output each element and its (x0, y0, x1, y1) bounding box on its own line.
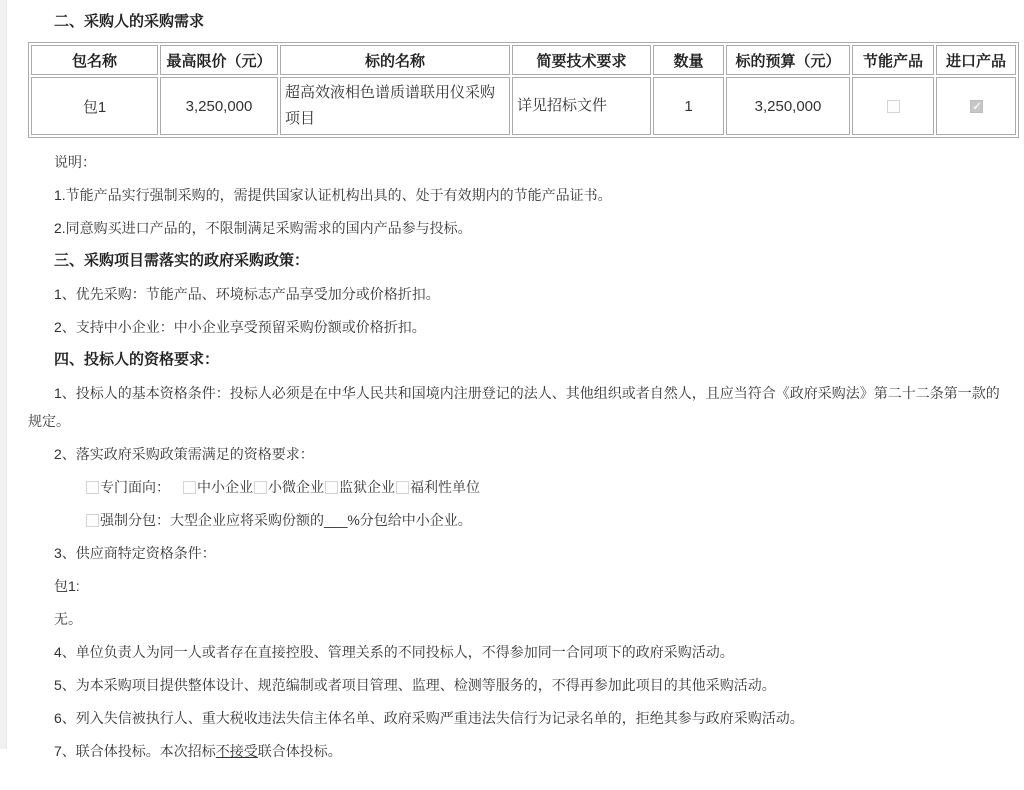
section3-item-1: 1、优先采购：节能产品、环境标志产品享受加分或价格折扣。 (28, 280, 1010, 308)
note-item-2: 2.同意购买进口产品的，不限制满足采购需求的国内产品参与投标。 (28, 214, 1010, 242)
section4-heading: 四、投标人的资格要求： (28, 346, 1010, 374)
table-row: 包1 3,250,000 超高效液相色谱质谱联用仪采购项目 详见招标文件 1 3… (31, 77, 1016, 135)
item7-text-before: 7、联合体投标。本次招标 (54, 743, 216, 759)
option-welfare-checkbox[interactable] (396, 481, 409, 494)
cell-package-name: 包1 (31, 77, 158, 135)
energy-saving-checkbox[interactable] (887, 100, 900, 113)
section4-item-2: 2、落实政府采购政策需满足的资格要求： (28, 440, 1010, 468)
option-prison-label: 监狱企业 (339, 479, 395, 495)
col-header-tech-requirement: 简要技术要求 (512, 45, 651, 75)
procurement-requirement-table: 包名称 最高限价（元） 标的名称 简要技术要求 数量 标的预算（元） 节能产品 … (28, 42, 1019, 138)
item7-text-after: 联合体投标。 (258, 743, 342, 759)
col-header-subject-name: 标的名称 (280, 45, 510, 75)
col-header-max-price: 最高限价（元） (160, 45, 278, 75)
cell-tech-requirement: 详见招标文件 (512, 77, 651, 135)
package-value: 无。 (28, 605, 1010, 633)
cell-subject-name: 超高效液相色谱质谱联用仪采购项目 (280, 77, 510, 135)
dedicated-procurement-line: 专门面向：中小企业小微企业监狱企业福利性单位 (28, 473, 1010, 501)
imported-product-checkbox[interactable] (970, 100, 983, 113)
notes-label: 说明： (28, 148, 1010, 176)
package-label: 包1: (28, 572, 1010, 600)
option-sme-label: 中小企业 (197, 479, 253, 495)
option-prison-checkbox[interactable] (325, 481, 338, 494)
col-header-energy-saving: 节能产品 (852, 45, 934, 75)
table-header-row: 包名称 最高限价（元） 标的名称 简要技术要求 数量 标的预算（元） 节能产品 … (31, 45, 1016, 75)
section2-heading: 二、采购人的采购需求 (28, 8, 1010, 36)
section4-item-5: 5、为本采购项目提供整体设计、规范编制或者项目管理、监理、检测等服务的，不得再参… (28, 671, 1010, 699)
dedicated-checkbox[interactable] (86, 481, 99, 494)
section3-heading: 三、采购项目需落实的政府采购政策： (28, 247, 1010, 275)
dedicated-label: 专门面向： (100, 479, 170, 495)
col-header-budget: 标的预算（元） (726, 45, 850, 75)
item7-underlined-text: 不接受 (216, 743, 258, 759)
section4-item-3: 3、供应商特定资格条件： (28, 539, 1010, 567)
cell-quantity: 1 (653, 77, 724, 135)
cell-max-price: 3,250,000 (160, 77, 278, 135)
cell-energy-saving (852, 77, 934, 135)
option-micro-checkbox[interactable] (254, 481, 267, 494)
cell-budget: 3,250,000 (726, 77, 850, 135)
section4-item-7: 7、联合体投标。本次招标不接受联合体投标。 (28, 737, 1010, 765)
col-header-package-name: 包名称 (31, 45, 158, 75)
col-header-quantity: 数量 (653, 45, 724, 75)
document-content: 二、采购人的采购需求 包名称 最高限价（元） 标的名称 简要技术要求 数量 标的… (0, 0, 1024, 790)
subcontract-label: 强制分包： (100, 512, 170, 528)
option-welfare-label: 福利性单位 (410, 479, 480, 495)
subcontract-checkbox[interactable] (86, 514, 99, 527)
option-micro-label: 小微企业 (268, 479, 324, 495)
note-item-1: 1.节能产品实行强制采购的，需提供国家认证机构出具的、处于有效期内的节能产品证书… (28, 181, 1010, 209)
page-left-edge-strip (0, 0, 7, 749)
section4-item-6: 6、列入失信被执行人、重大税收违法失信主体名单、政府采购严重违法失信行为记录名单… (28, 704, 1010, 732)
col-header-imported: 进口产品 (936, 45, 1016, 75)
option-sme-checkbox[interactable] (183, 481, 196, 494)
section4-item-1: 1、投标人的基本资格条件：投标人必须是在中华人民共和国境内注册登记的法人、其他组… (28, 379, 1010, 435)
subcontract-text: 大型企业应将采购份额的___%分包给中小企业。 (170, 512, 472, 528)
section4-item-4: 4、单位负责人为同一人或者存在直接控股、管理关系的不同投标人，不得参加同一合同项… (28, 638, 1010, 666)
cell-imported (936, 77, 1016, 135)
section3-item-2: 2、支持中小企业：中小企业享受预留采购份额或价格折扣。 (28, 313, 1010, 341)
mandatory-subcontract-line: 强制分包：大型企业应将采购份额的___%分包给中小企业。 (28, 506, 1010, 534)
